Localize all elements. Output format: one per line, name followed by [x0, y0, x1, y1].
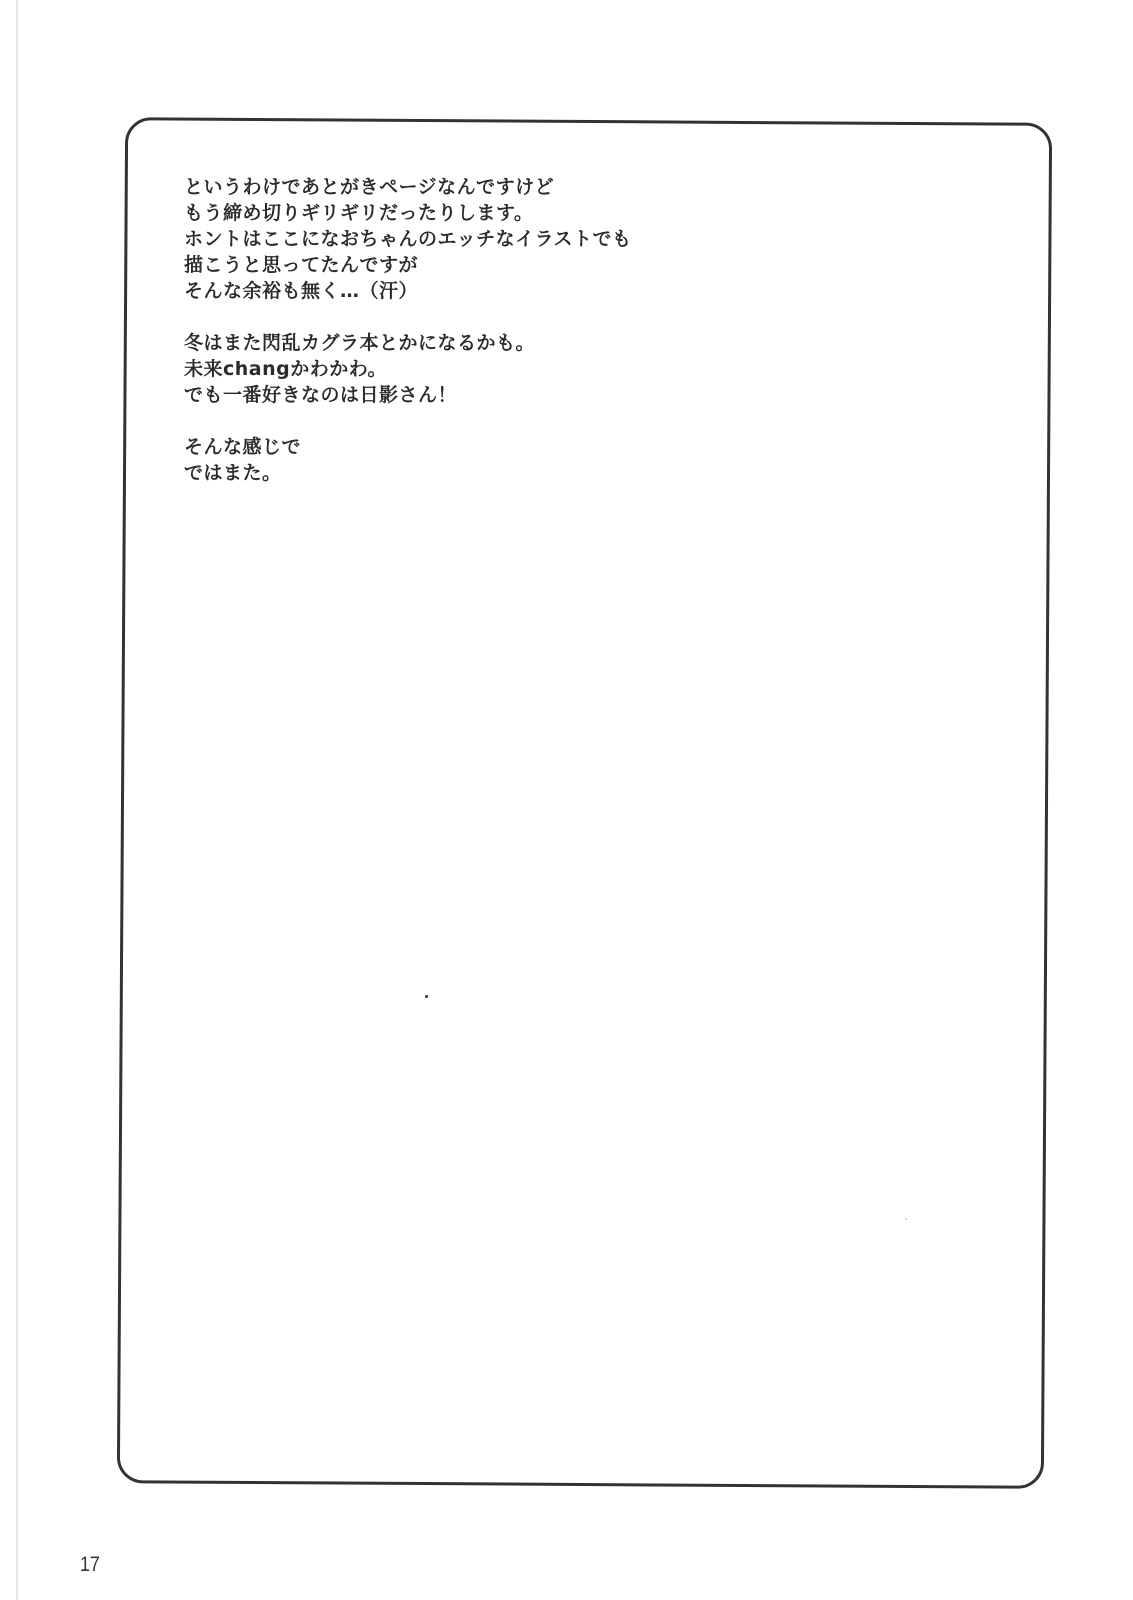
afterword-text-block: というわけであとがきページなんですけど もう締め切りギリギリだったりします。 ホ… — [184, 174, 632, 486]
afterword-line: もう締め切りギリギリだったりします。 — [184, 200, 632, 226]
scan-speck — [425, 995, 428, 998]
afterword-line: 描こうと思ってたんですが — [184, 252, 632, 278]
afterword-line: でも一番好きなのは日影さん！ — [184, 382, 632, 408]
afterword-line: ホントはここになおちゃんのエッチなイラストでも — [184, 226, 632, 252]
afterword-line: 冬はまた閃乱カグラ本とかになるかも。 — [184, 330, 632, 356]
afterword-line: そんな感じで — [184, 434, 632, 460]
afterword-line: 未来changかわかわ。 — [184, 356, 632, 382]
page-number: 17 — [80, 1553, 100, 1577]
scan-speck — [905, 1218, 907, 1220]
afterword-line: というわけであとがきページなんですけど — [184, 174, 632, 200]
paragraph-gap — [184, 304, 632, 330]
afterword-line: ではまた。 — [184, 460, 632, 486]
paragraph-gap — [184, 408, 632, 434]
afterword-line: そんな余裕も無く…（汗） — [184, 278, 632, 304]
scan-edge-line — [16, 0, 18, 1600]
